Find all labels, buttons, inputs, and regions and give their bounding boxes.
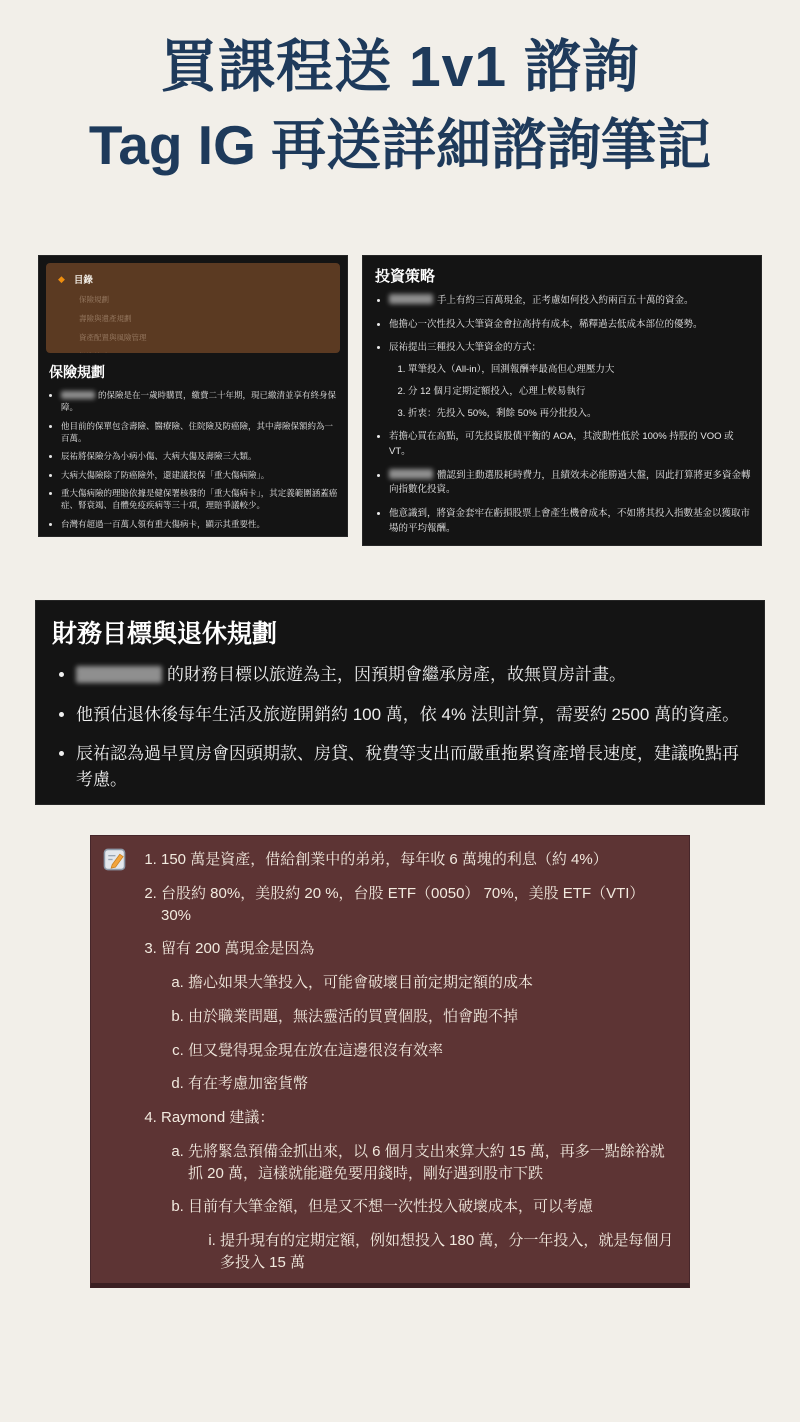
list-item: 150 萬是資產，借給創業中的弟弟，每年收 6 萬塊的利息（約 4%）: [161, 849, 675, 871]
list-item: 分 12 個月定期定額投入，心理上較易執行: [408, 385, 751, 400]
toc-item: 資產配置與風險管理: [79, 332, 328, 343]
notes-body: 150 萬是資產，借給創業中的弟弟，每年收 6 萬塊的利息（約 4%） 台股約 …: [137, 849, 675, 1288]
list-item: 的保險是在一歲時購買，繳費二十年期，現已繳清並享有終身保障。: [61, 389, 339, 414]
list-item: 大病大傷險除了防癌險外，還建議投保「重大傷病險」。: [61, 469, 339, 481]
list-item: 辰祐將保險分為小病小傷、大病大傷及壽險三大類。: [61, 450, 339, 462]
list-item: 先將緊急預備金抓出來，以 6 個月支出來算大約 15 萬，再多一點餘裕就抓 20…: [188, 1141, 675, 1185]
redacted-name: [76, 666, 162, 683]
toc-header: ◆ 目錄: [58, 272, 328, 286]
retirement-bullet-list: 的財務目標以旅遊為主，因預期會繼承房產，故無買房計畫。 他預估退休後每年生活及旅…: [60, 662, 748, 805]
list-item: 他意識到，將資金套牢在虧損股票上會產生機會成本，不如將其投入指數基金以獲取市場的…: [389, 507, 751, 536]
list-item: 若擔心買在高點，可先投資股債平衡的 AOA，其波動性低於 100% 持股的 VO…: [389, 430, 751, 459]
retirement-section-title: 財務目標與退休規劃: [52, 614, 746, 650]
list-item: 但又覺得現金現在放在這邊很沒有效率: [188, 1040, 675, 1062]
diamond-icon: ◆: [58, 275, 65, 284]
list-item: 台股約 80%，美股約 20 %，台股 ETF（0050） 70%，美股 ETF…: [161, 883, 675, 927]
notes-list: 150 萬是資產，借給創業中的弟弟，每年收 6 萬塊的利息（約 4%） 台股約 …: [137, 849, 675, 1288]
investment-bullet-list: 手上有約三百萬現金，正考慮如何投入約兩百五十萬的資金。 他擔心一次性投入大筆資金…: [377, 294, 751, 546]
insurance-panel: ◆ 目錄 保險規劃 壽險與遺產規劃 資產配置與風險管理 投資策略 財務目標與退休…: [38, 255, 348, 537]
investment-section-title: 投資策略: [375, 265, 749, 286]
list-item: 留有 200 萬現金是因為 擔心如果大筆投入，可能會破壞目前定期定額的成本 由於…: [161, 938, 675, 1095]
list-item: 他目前的保單包含壽險、醫療險、住院險及防癌險，其中壽險保額約為一百萬。: [61, 420, 339, 445]
redacted-name: [61, 391, 95, 399]
retirement-panel: 財務目標與退休規劃 的財務目標以旅遊為主，因預期會繼承房產，故無買房計畫。 他預…: [35, 600, 765, 805]
list-item: 台灣有超過一百萬人領有重大傷病卡，顯示其重要性。: [61, 518, 339, 530]
toc-title: 目錄: [74, 272, 93, 286]
toc-box: ◆ 目錄 保險規劃 壽險與遺產規劃 資產配置與風險管理 投資策略 財務目標與退休…: [46, 263, 340, 353]
list-item: Raymond 建議： 先將緊急預備金抓出來，以 6 個月支出來算大約 15 萬…: [161, 1107, 675, 1288]
list-item: 單筆投入（All-in），回測報酬率最高但心理壓力大: [408, 363, 751, 378]
list-item: 辰祐提出三種投入大筆資金的方式： 單筆投入（All-in），回測報酬率最高但心理…: [389, 341, 751, 421]
list-item: 折衷：先投入 50%，剩餘 50% 再分批投入。: [408, 407, 751, 422]
memo-icon: [103, 848, 126, 876]
list-item: 建議在同一家保險公司附加新的附約（如重大傷病險），以避免需另外購買主約。: [61, 536, 339, 537]
list-item: 重大傷病險的理賠依據是健保署核發的「重大傷病卡」，其定義範圍涵蓋癌症、腎衰竭、自…: [61, 487, 339, 512]
list-item: 設定有大跌，例如自高點下跌 10% 後，開始定期定額投入: [220, 1286, 675, 1289]
cash-reasons-list: 擔心如果大筆投入，可能會破壞目前定期定額的成本 由於職業問題，無法靈活的買賣個股…: [161, 972, 675, 1095]
toc-item: 投資策略: [79, 351, 328, 353]
investment-panel: 投資策略 手上有約三百萬現金，正考慮如何投入約兩百五十萬的資金。 他擔心一次性投…: [362, 255, 762, 546]
page-title: 買課程送 1v1 諮詢 Tag IG 再送詳細諮詢筆記: [0, 36, 800, 175]
redacted-name: [389, 294, 433, 304]
list-item: 辰祐認為過早買房會因頭期款、房貸、稅費等支出而嚴重拖累資產增長速度，建議晚點再考…: [76, 741, 748, 792]
list-item: 他擔心一次性投入大筆資金會拉高持有成本，稀釋過去低成本部位的優勢。: [389, 318, 751, 333]
list-item: 目前有大筆金額，但是又不想一次性投入破壞成本，可以考慮 提升現有的定期定額，例如…: [188, 1196, 675, 1288]
title-line-1: 買課程送 1v1 諮詢: [0, 36, 800, 99]
list-item: 擔心如果大筆投入，可能會破壞目前定期定額的成本: [188, 972, 675, 994]
list-item: 手上有約三百萬現金，正考慮如何投入約兩百五十萬的資金。: [389, 294, 751, 309]
list-item: 提升現有的定期定額，例如想投入 180 萬，分一年投入，就是每個月多投入 15 …: [220, 1230, 675, 1274]
list-item: 由於職業問題，無法靈活的買賣個股，怕會跑不掉: [188, 1006, 675, 1028]
investment-methods-list: 單筆投入（All-in），回測報酬率最高但心理壓力大 分 12 個月定期定額投入…: [391, 363, 751, 421]
toc-item: 壽險與遺產規劃: [79, 313, 328, 324]
redacted-name: [389, 469, 433, 479]
toc-items: 保險規劃 壽險與遺產規劃 資產配置與風險管理 投資策略 財務目標與退休規劃: [79, 294, 328, 353]
list-item: 他預估退休後每年生活及旅遊開銷約 100 萬，依 4% 法則計算，需要約 250…: [76, 702, 748, 728]
insurance-bullet-list: 的保險是在一歲時購買，繳費二十年期，現已繳清並享有終身保障。 他目前的保單包含壽…: [50, 389, 339, 537]
promo-page: 買課程送 1v1 諮詢 Tag IG 再送詳細諮詢筆記 ◆ 目錄 保險規劃 壽險…: [0, 0, 800, 1422]
list-item: 的財務目標以旅遊為主，因預期會繼承房產，故無買房計畫。: [76, 662, 748, 688]
list-item: 有在考慮加密貨幣: [188, 1073, 675, 1095]
toc-item: 保險規劃: [79, 294, 328, 305]
notes-panel: 150 萬是資產，借給創業中的弟弟，每年收 6 萬塊的利息（約 4%） 台股約 …: [90, 835, 690, 1288]
title-line-2: Tag IG 再送詳細諮詢筆記: [0, 115, 800, 176]
raymond-suggestions-list: 先將緊急預備金抓出來，以 6 個月支出來算大約 15 萬，再多一點餘裕就抓 20…: [161, 1141, 675, 1288]
insurance-section-title: 保險規劃: [49, 362, 337, 382]
list-item: 體認到主動選股耗時費力，且績效未必能勝過大盤，因此打算將更多資金轉向指數化投資。: [389, 469, 751, 498]
lump-sum-options-list: 提升現有的定期定額，例如想投入 180 萬，分一年投入，就是每個月多投入 15 …: [188, 1230, 675, 1288]
